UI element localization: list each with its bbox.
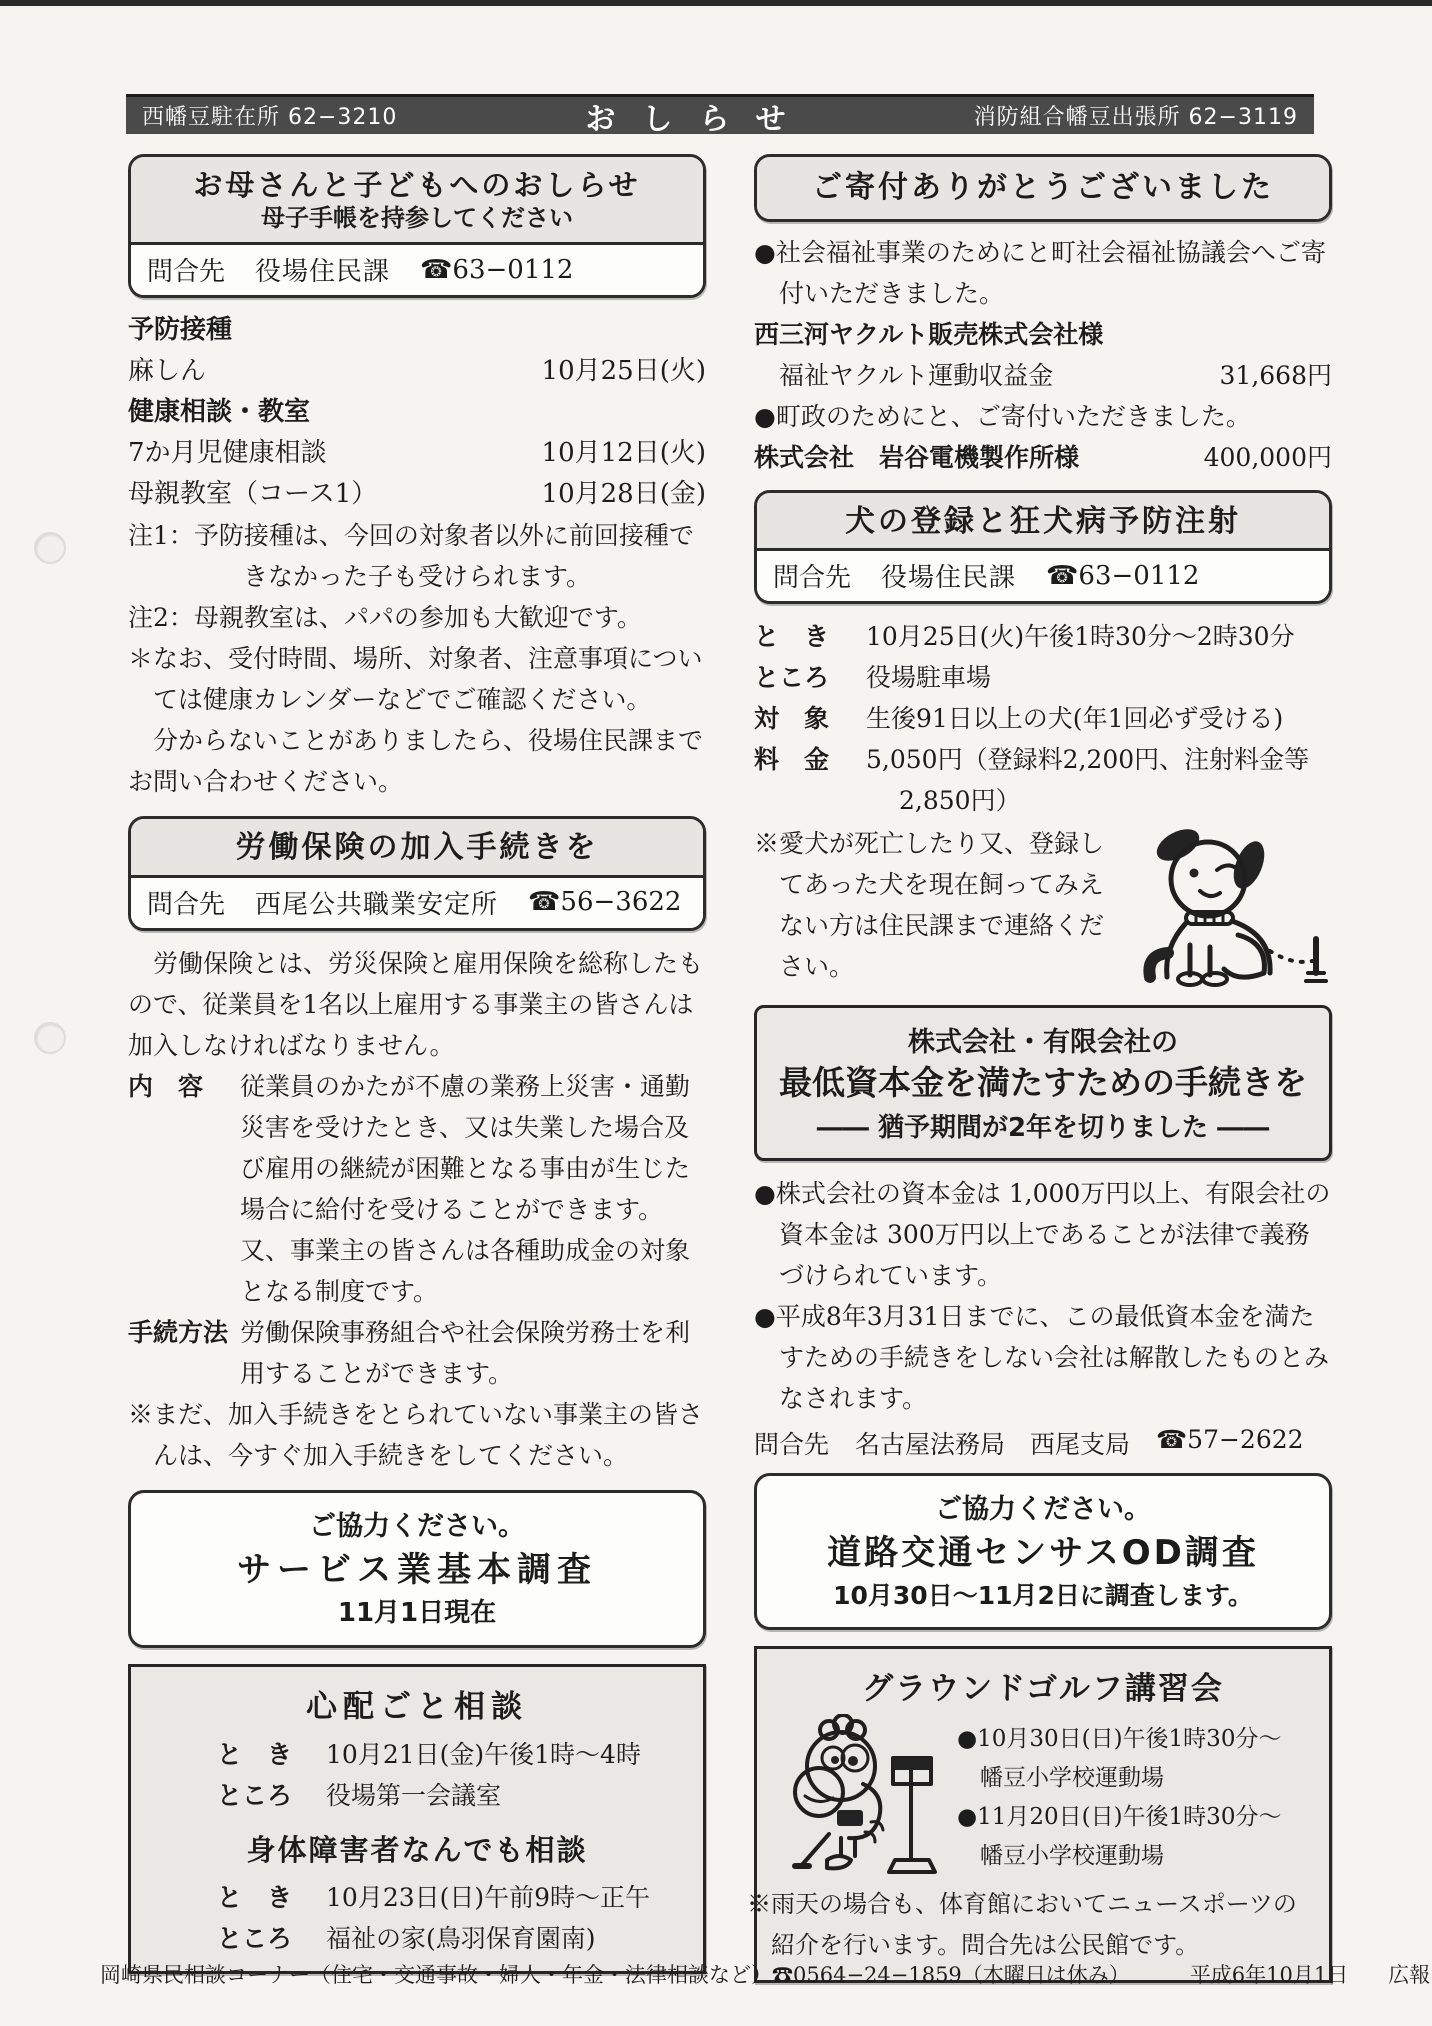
donation-list: ●社会福祉事業のためにと町社会福祉協議会へご寄付いただきました。 西三河ヤクルト…	[754, 232, 1332, 478]
minimum-capital-body: ●株式会社の資本金は 1,000万円以上、有限会社の資本金は 300万円以上であ…	[754, 1173, 1332, 1461]
consultation-box: 心配ごと相談 と き 10月21日(金)午後1時〜4時 ところ 役場第一会議室 …	[128, 1664, 706, 1974]
dog-note-block: ※愛犬が死亡したり又、登録してあった犬を現在飼ってみえない方は住民課まで連絡くだ…	[754, 823, 1332, 995]
contact-label: 問合先	[773, 557, 851, 594]
vaccination-heading: 予防接種	[128, 310, 706, 351]
donation-amount-row: 株式会社 岩谷電機製作所様 400,000円	[754, 437, 1332, 478]
punch-hole-bottom	[34, 1022, 66, 1054]
when-label: と き	[754, 616, 866, 657]
dog-detail-row: と き 10月25日(火)午後1時30分〜2時30分	[754, 616, 1332, 657]
schedule-label: 7か月児健康相談	[128, 433, 327, 474]
right-column: ご寄付ありがとうございました ●社会福祉事業のためにと町社会福祉協議会へご寄付い…	[754, 154, 1332, 1983]
method-label: 手続方法	[128, 1312, 240, 1394]
worry-consultation-title: 心配ごと相談	[131, 1667, 703, 1726]
traffic-census-box: ご協力ください。 道路交通センサスOD調査 10月30日〜11月2日に調査します…	[754, 1473, 1332, 1630]
labor-insurance-title-area: 労働保険の加入手続きを	[131, 819, 703, 875]
service-survey-line2: サービス業基本調査	[139, 1546, 695, 1595]
where-value: 役場駐車場	[866, 657, 1332, 698]
schedule-date: 10月12日(火)	[542, 433, 706, 474]
golf-event-1-date: ●10月30日(日)午後1時30分〜	[957, 1720, 1281, 1759]
schedule-label: 麻しん	[128, 351, 206, 392]
contact-label: 問合先	[147, 251, 225, 288]
donation-thanks-box: ご寄付ありがとうございました	[754, 154, 1332, 222]
footer-publication-name: 広報はず	[1388, 1959, 1432, 1989]
masthead-bar: 西幡豆駐在所 62−3210 おしらせ 消防組合幡豆出張所 62−3119	[126, 94, 1314, 134]
schedule-row: 麻しん 10月25日(火)	[128, 351, 706, 392]
donor-name-1: 西三河ヤクルト販売株式会社様	[754, 314, 1332, 355]
dog-registration-box: 犬の登録と狂犬病予防注射 問合先 役場住民課 ☎63−0112	[754, 490, 1332, 605]
when-value: 10月25日(火)午後1時30分〜2時30分	[866, 616, 1332, 657]
donation-amount: 400,000円	[1204, 437, 1332, 478]
where-label: ところ	[217, 1775, 292, 1816]
contact-label: 問合先	[147, 884, 225, 921]
schedule-note-1: 注1：予防接種は、今回の対象者以外に前回接種できなかった子も受けられます。	[128, 515, 706, 597]
schedule-label: 母親教室（コース1）	[128, 474, 377, 515]
contact-phone: ☎63−0112	[1046, 561, 1199, 591]
donor-name-2: 株式会社 岩谷電機製作所様	[754, 437, 1079, 478]
capital-title-line2: 最低資本金を満たすための手続きを	[763, 1059, 1323, 1107]
ground-golf-content: ●10月30日(日)午後1時30分〜 幡豆小学校運動場 ●11月20日(日)午後…	[757, 1708, 1329, 1882]
where-value: 役場第一会議室	[326, 1775, 501, 1816]
where-label: ところ	[754, 657, 866, 698]
contact-phone: ☎57−2622	[1156, 1425, 1304, 1461]
ground-golf-schedule: ●10月30日(日)午後1時30分〜 幡豆小学校運動場 ●11月20日(日)午後…	[957, 1720, 1281, 1876]
fee-label: 料 金	[754, 739, 866, 780]
fee-value-line2: 2,850円）	[754, 780, 1332, 821]
dog-registration-details: と き 10月25日(火)午後1時30分〜2時30分 ところ 役場駐車場 対 象…	[754, 616, 1332, 995]
capital-item-1: ●株式会社の資本金は 1,000万円以上、有限会社の資本金は 300万円以上であ…	[754, 1173, 1332, 1296]
police-station-phone: 西幡豆駐在所 62−3210	[142, 100, 397, 131]
footer-consultation-info: 岡崎県民相談コーナー（住宅・交通事故・婦人・年金・法律相談など）☎0564−24…	[100, 1959, 1130, 1989]
mother-child-title: お母さんと子どもへのおしらせ	[137, 167, 697, 203]
ground-golf-box: グラウンドゴルフ講習会	[754, 1646, 1332, 1983]
contact-phone: ☎63−0112	[420, 255, 573, 285]
golf-event-1-place: 幡豆小学校運動場	[957, 1759, 1281, 1798]
mother-child-notice-box: お母さんと子どもへのおしらせ 母子手帳を持参してください 問合先 役場住民課 ☎…	[128, 154, 706, 298]
service-survey-box: ご協力ください。 サービス業基本調査 11月1日現在	[128, 1490, 706, 1648]
dog-registration-title-area: 犬の登録と狂犬病予防注射	[757, 493, 1329, 549]
content-label: 内 容	[128, 1066, 240, 1312]
dog-detail-row: ところ 役場駐車場	[754, 657, 1332, 698]
health-schedule: 予防接種 麻しん 10月25日(火) 健康相談・教室 7か月児健康相談 10月1…	[128, 310, 706, 802]
dog-detail-row: 料 金 5,050円（登録料2,200円、注射料金等	[754, 739, 1332, 780]
mother-child-contact: 問合先 役場住民課 ☎63−0112	[131, 242, 703, 295]
labor-insurance-title: 労働保険の加入手続きを	[137, 829, 697, 867]
target-value: 生後91日以上の犬(年1回必ず受ける)	[866, 698, 1332, 739]
fire-station-phone: 消防組合幡豆出張所 62−3119	[974, 100, 1298, 131]
donation-intro-1: ●社会福祉事業のためにと町社会福祉協議会へご寄付いただきました。	[754, 232, 1332, 314]
service-survey-line3: 11月1日現在	[139, 1595, 695, 1633]
schedule-date: 10月25日(火)	[542, 351, 706, 392]
footer-date: 平成6年10月1日	[1190, 1959, 1348, 1989]
contact-phone: ☎56−3622	[528, 887, 681, 917]
consultation-row: と き 10月21日(金)午後1時〜4時	[131, 1734, 703, 1775]
service-survey-line1: ご協力ください。	[139, 1507, 695, 1546]
contact-office: 名古屋法務局 西尾支局	[855, 1425, 1130, 1461]
consult-class-heading: 健康相談・教室	[128, 392, 706, 433]
minimum-capital-box: 株式会社・有限会社の 最低資本金を満たすための手続きを ―― 猶予期間が2年を切…	[754, 1005, 1332, 1161]
newsletter-page: 西幡豆駐在所 62−3210 おしらせ 消防組合幡豆出張所 62−3119 お母…	[0, 0, 1432, 2026]
page-footer: 岡崎県民相談コーナー（住宅・交通事故・婦人・年金・法律相談など）☎0564−24…	[100, 1958, 1400, 1990]
when-value: 10月23日(日)午前9時〜正午	[326, 1877, 650, 1918]
capital-title-line1: 株式会社・有限会社の	[763, 1020, 1323, 1059]
disability-consultation-title: 身体障害者なんでも相談	[131, 1816, 703, 1869]
schedule-row: 母親教室（コース1） 10月28日(金)	[128, 474, 706, 515]
census-line3: 10月30日〜11月2日に調査します。	[765, 1578, 1321, 1614]
consultation-row: ところ 福祉の家(鳥羽保育園南)	[131, 1918, 703, 1959]
donation-detail: 福祉ヤクルト運動収益金	[754, 355, 1053, 396]
contact-office: 役場住民課	[881, 557, 1016, 594]
when-label: と き	[217, 1734, 292, 1775]
fee-value: 5,050円（登録料2,200円、注射料金等	[866, 739, 1332, 780]
capital-item-2: ●平成8年3月31日までに、この最低資本金を満たすための手続きをしない会社は解散…	[754, 1296, 1332, 1419]
mother-child-title-area: お母さんと子どもへのおしらせ 母子手帳を持参してください	[131, 157, 703, 242]
ground-golf-note: ※雨天の場合も、体育館においてニュースポーツの紹介を行います。問合先は公民館です…	[757, 1882, 1329, 1966]
when-label: と き	[217, 1877, 292, 1918]
mother-child-subtitle: 母子手帳を持参してください	[137, 203, 697, 234]
donation-amount: 31,668円	[1220, 355, 1332, 396]
schedule-note-4: 分からないことがありましたら、役場住民課までお問い合わせください。	[128, 720, 706, 802]
dog-registration-contact: 問合先 役場住民課 ☎63−0112	[757, 548, 1329, 601]
capital-contact: 問合先 名古屋法務局 西尾支局 ☎57−2622	[754, 1425, 1332, 1461]
page-title: おしらせ	[585, 94, 812, 138]
where-label: ところ	[217, 1918, 292, 1959]
labor-insurance-contact: 問合先 西尾公共職業安定所 ☎56−3622	[131, 875, 703, 928]
schedule-date: 10月28日(金)	[542, 474, 706, 515]
contact-office: 西尾公共職業安定所	[255, 884, 498, 921]
labor-insurance-body: 労働保険とは、労災保険と雇用保険を総称したもので、従業員を1名以上雇用する事業主…	[128, 943, 706, 1476]
labor-insurance-box: 労働保険の加入手続きを 問合先 西尾公共職業安定所 ☎56−3622	[128, 816, 706, 931]
contact-office: 役場住民課	[255, 251, 390, 288]
labor-intro: 労働保険とは、労災保険と雇用保険を総称したもので、従業員を1名以上雇用する事業主…	[128, 943, 706, 1066]
left-column: お母さんと子どもへのおしらせ 母子手帳を持参してください 問合先 役場住民課 ☎…	[128, 154, 706, 1974]
donation-thanks-title: ご寄付ありがとうございました	[763, 169, 1323, 207]
when-value: 10月21日(金)午後1時〜4時	[326, 1734, 641, 1775]
target-label: 対 象	[754, 698, 866, 739]
schedule-note-2: 注2：母親教室は、パパの参加も大歓迎です。	[128, 597, 706, 638]
labor-content-row: 内 容 従業員のかたが不慮の業務上災害・通勤災害を受けたとき、又は失業した場合及…	[128, 1066, 706, 1312]
donation-amount-row: 福祉ヤクルト運動収益金 31,668円	[754, 355, 1332, 396]
where-value: 福祉の家(鳥羽保育園南)	[326, 1918, 596, 1959]
schedule-row: 7か月児健康相談 10月12日(火)	[128, 433, 706, 474]
dog-registration-title: 犬の登録と狂犬病予防注射	[763, 503, 1323, 541]
golf-event-2-date: ●11月20日(日)午後1時30分〜	[957, 1798, 1281, 1837]
donation-intro-2: ●町政のためにと、ご寄付いただきました。	[754, 396, 1332, 437]
dog-note: ※愛犬が死亡したり又、登録してあった犬を現在飼ってみえない方は住民課まで連絡くだ…	[754, 823, 1106, 987]
golfer-bird-illustration	[771, 1714, 951, 1882]
census-line2: 道路交通センサスOD調査	[765, 1529, 1321, 1578]
contact-label: 問合先	[754, 1425, 829, 1461]
dog-illustration	[1120, 823, 1332, 995]
ground-golf-title: グラウンドゴルフ講習会	[757, 1649, 1329, 1708]
labor-note: ※まだ、加入手続きをとられていない事業主の皆さんは、今すぐ加入手続きをしてくださ…	[128, 1394, 706, 1476]
golf-event-2-place: 幡豆小学校運動場	[957, 1837, 1281, 1876]
consultation-row: と き 10月23日(日)午前9時〜正午	[131, 1877, 703, 1918]
census-line1: ご協力ください。	[765, 1490, 1321, 1529]
capital-title-line3: ―― 猶予期間が2年を切りました ――	[763, 1107, 1323, 1144]
labor-method-row: 手続方法 労働保険事務組合や社会保険労務士を利用することができます。	[128, 1312, 706, 1394]
dog-detail-row: 対 象 生後91日以上の犬(年1回必ず受ける)	[754, 698, 1332, 739]
content-text: 従業員のかたが不慮の業務上災害・通勤災害を受けたとき、又は失業した場合及び雇用の…	[240, 1066, 706, 1312]
donation-thanks-title-area: ご寄付ありがとうございました	[757, 157, 1329, 219]
schedule-note-3: ＊なお、受付時間、場所、対象者、注意事項については健康カレンダーなどでご確認くだ…	[128, 638, 706, 720]
method-text: 労働保険事務組合や社会保険労務士を利用することができます。	[240, 1312, 706, 1394]
punch-hole-top	[34, 532, 66, 564]
consultation-row: ところ 役場第一会議室	[131, 1775, 703, 1816]
